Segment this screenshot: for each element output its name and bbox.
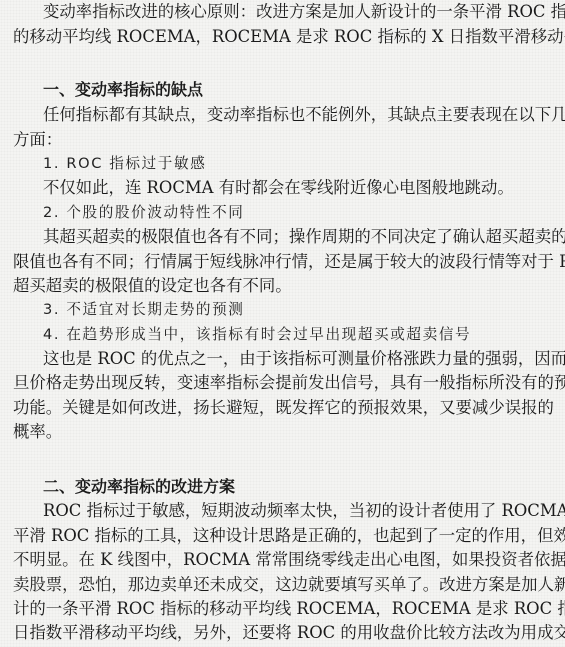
list-item-body-line: 功能。关键是如何改进，扬长避短，既发挥它的预报效果，又要减少误报的 — [13, 396, 551, 420]
list-item-title: 2. 个股的股价波动特性不同 — [43, 201, 551, 225]
section1-intro-line: 方面： — [13, 128, 551, 152]
list-item-title: 4. 在趋势形成当中，该指标有时会过早出现超买或超卖信号 — [43, 323, 551, 347]
section2-body-line: 不明显。在 K 线图中，ROCMA 常常围绕零线走出心电图，如果投资者依据它买 — [13, 548, 551, 572]
section2-body-line: ROC 指标过于敏感，短期波动频率太快，当初的设计者使用了 ROCMA 作为 — [43, 499, 551, 523]
list-item-body-line: 超买超卖的极限值的设定也各有不同。 — [13, 274, 551, 298]
section-heading-improvement: 二、变动率指标的改进方案 — [43, 475, 551, 499]
list-item-body-line: 限值也各有不同；行情属于短线脉冲行情，还是属于较大的波段行情等对于 ROC — [13, 250, 551, 274]
section2-body-line: 日指数平滑移动平均线，另外，还要将 ROC 的用收盘价比较方法改为用成交均 — [13, 621, 551, 645]
list-item-body-line: 这也是 ROC 的优点之一，由于该指标可测量价格涨跌力量的强弱，因而一 — [43, 347, 551, 371]
list-item-body-line: 旦价格走势出现反转，变速率指标会提前发出信号，具有一般指标所没有的预测 — [13, 371, 551, 395]
list-item-body-line: 其超买超卖的极限值也各有不同；操作周期的不同决定了确认超买超卖的极 — [43, 225, 551, 249]
section2-body-line: 平滑 ROC 指标的工具，这种设计思路是正确的，也起到了一定的作用，但效果 — [13, 524, 551, 548]
list-item-title: 3. 不适宜对长期走势的预测 — [43, 298, 551, 322]
list-item-body-line: 不仅如此，连 ROCMA 有时都会在零线附近像心电图般地跳动。 — [43, 176, 551, 200]
section-heading-drawbacks: 一、变动率指标的缺点 — [43, 78, 551, 102]
section1-intro-line: 任何指标都有其缺点，变动率指标也不能例外，其缺点主要表现在以下几 — [43, 103, 551, 127]
document-page: 变动率指标改进的核心原则：改进方案是加人新设计的一条平滑 ROC 指标 的移动平… — [0, 0, 565, 647]
list-item-title: 1. ROC 指标过于敏感 — [43, 152, 551, 176]
section2-body-line: 计的一条平滑 ROC 指标的移动平均线 ROCEMA，ROCEMA 是求 ROC… — [13, 597, 551, 621]
list-item-body-line: 概率。 — [13, 420, 551, 444]
section2-body-line: 卖股票，恐怕，那边卖单还未成交，这边就要填写买单了。改进方案是加人新设 — [13, 573, 551, 597]
intro-paragraph-line: 的移动平均线 ROCEMA，ROCEMA 是求 ROC 指标的 X 日指数平滑移… — [13, 25, 551, 49]
intro-paragraph-line: 变动率指标改进的核心原则：改进方案是加人新设计的一条平滑 ROC 指标 — [43, 0, 551, 24]
